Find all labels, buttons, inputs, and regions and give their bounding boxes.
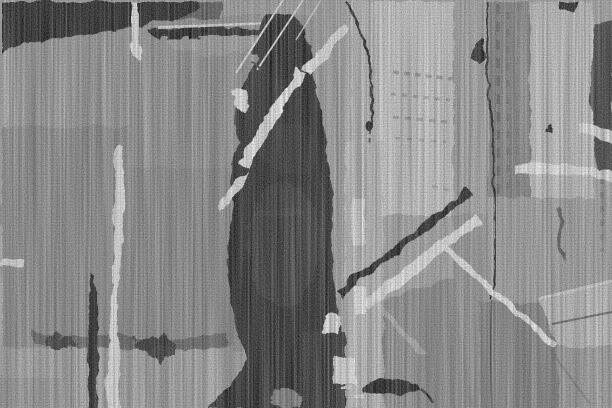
painting-svg	[0, 0, 612, 408]
grain-light-overlay	[0, 0, 612, 408]
paint-layers	[0, 0, 612, 408]
abstract-painting: Abstract black and white acrylic paintin…	[0, 0, 612, 408]
artwork-canvas: Abstract black and white acrylic paintin…	[0, 0, 612, 408]
